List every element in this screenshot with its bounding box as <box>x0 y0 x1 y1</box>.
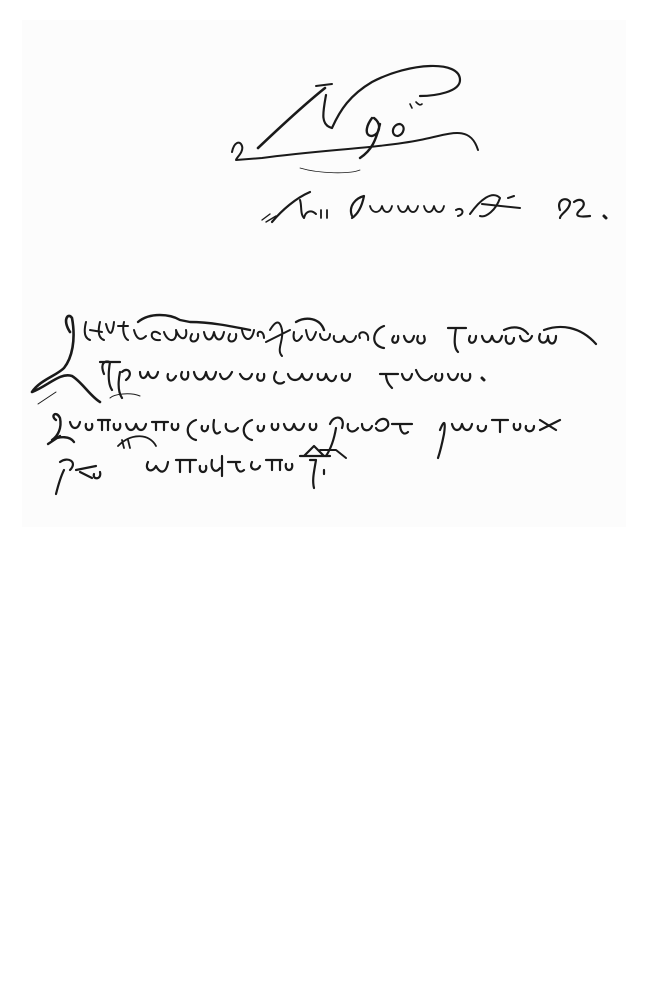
number-mark: № 90 <box>240 92 345 138</box>
body-line-4: р… от... … <box>56 456 193 481</box>
body-line-2: принадлежит на стольца Тихона. <box>100 360 540 385</box>
inventory-note: По описи № 82. <box>262 194 453 219</box>
handwriting-ink <box>0 0 652 992</box>
body-line-3: Холопов по селу своему Устав... … <box>56 412 500 437</box>
body-line-1: Книга сотная Хорошего села Покровское <box>60 318 588 343</box>
